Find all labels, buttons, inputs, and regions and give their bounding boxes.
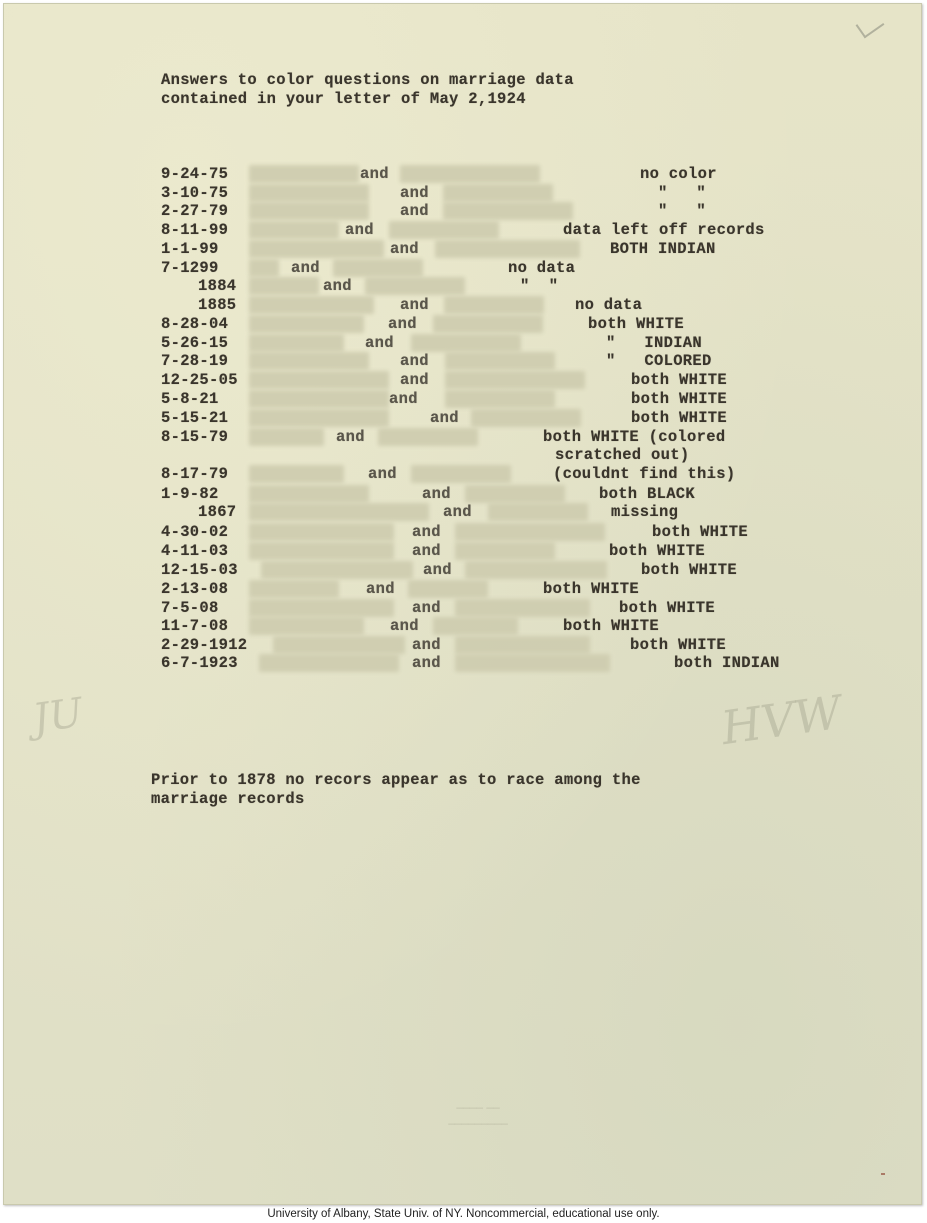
entry-conjunction: and (423, 561, 452, 579)
entry-date: 11-7-08 (161, 617, 228, 635)
entry-note: both WHITE (563, 617, 659, 635)
redacted-name-1 (249, 296, 374, 314)
entry-conjunction: and (400, 371, 429, 389)
entry-note: data left off records (563, 221, 765, 239)
closing-line-2: marriage records (151, 790, 305, 808)
redacted-name-1 (249, 503, 429, 521)
entry-date: 12-25-05 (161, 371, 238, 389)
entry-conjunction: and (389, 390, 418, 408)
redacted-name-1 (249, 542, 394, 560)
document-page: HVW JU ──── ─────────── Answers to color… (3, 3, 922, 1205)
entry-note: both WHITE (630, 636, 726, 654)
entry-date: 4-30-02 (161, 523, 228, 541)
entry-date: 7-1299 (161, 259, 219, 277)
entry-conjunction: and (323, 277, 352, 295)
redacted-name-1 (249, 428, 324, 446)
entry-date: 1867 (198, 503, 236, 521)
entry-date: 5-15-21 (161, 409, 228, 427)
entry-conjunction: and (412, 542, 441, 560)
entry-note: both WHITE (652, 523, 748, 541)
entry-date: 6-7-1923 (161, 654, 238, 672)
entry-date: 2-13-08 (161, 580, 228, 598)
redacted-name-2 (455, 654, 610, 672)
redacted-name-1 (249, 485, 369, 503)
redacted-name-1 (249, 240, 384, 258)
closing-line-1: Prior to 1878 no recors appear as to rac… (151, 771, 641, 789)
entry-conjunction: and (412, 599, 441, 617)
redacted-name-2 (435, 240, 580, 258)
redacted-name-2 (443, 202, 573, 220)
entry-date: 3-10-75 (161, 184, 228, 202)
entry-date: 12-15-03 (161, 561, 238, 579)
entry-conjunction: and (360, 165, 389, 183)
redacted-name-1 (249, 202, 369, 220)
redacted-name-1 (261, 561, 413, 579)
redacted-name-2 (411, 334, 521, 352)
entry-note: BOTH INDIAN (610, 240, 716, 258)
redacted-name-2 (445, 390, 555, 408)
redacted-name-1 (249, 390, 389, 408)
entry-date: 5-8-21 (161, 390, 219, 408)
redacted-name-2 (455, 542, 555, 560)
redacted-name-2 (465, 561, 607, 579)
entry-note: both WHITE (609, 542, 705, 560)
redacted-name-2 (471, 409, 581, 427)
entry-date: 4-11-03 (161, 542, 228, 560)
entry-note: both INDIAN (674, 654, 780, 672)
bleed-through-mark-left: JU (30, 690, 86, 742)
redacted-name-2 (455, 599, 590, 617)
entry-note: (couldnt find this) (553, 465, 735, 483)
redacted-name-2 (444, 296, 544, 314)
redacted-name-2 (400, 165, 540, 183)
entry-conjunction: and (412, 523, 441, 541)
entry-date: 5-26-15 (161, 334, 228, 352)
entry-note: no data (508, 259, 575, 277)
entry-conjunction: and (400, 202, 429, 220)
redacted-name-1 (249, 259, 279, 277)
redacted-name-1 (249, 277, 319, 295)
redacted-name-1 (249, 184, 369, 202)
heading-line-1: Answers to color questions on marriage d… (161, 71, 574, 89)
entry-date: 9-24-75 (161, 165, 228, 183)
entry-conjunction: and (422, 485, 451, 503)
entry-note: both WHITE (641, 561, 737, 579)
entry-note: both BLACK (599, 485, 695, 503)
entry-date: 1-9-82 (161, 485, 219, 503)
redacted-name-2 (433, 617, 518, 635)
redacted-name-2 (365, 277, 465, 295)
redacted-name-2 (378, 428, 478, 446)
entry-conjunction: and (390, 240, 419, 258)
entry-conjunction: and (400, 184, 429, 202)
redacted-name-2 (333, 259, 423, 277)
redacted-name-1 (249, 334, 344, 352)
redacted-name-1 (249, 465, 344, 483)
entry-conjunction: and (365, 334, 394, 352)
entry-date: 8-17-79 (161, 465, 228, 483)
entry-date: 8-28-04 (161, 315, 228, 333)
heading-line-2: contained in your letter of May 2,1924 (161, 90, 526, 108)
entry-conjunction: and (412, 636, 441, 654)
entry-conjunction: and (368, 465, 397, 483)
entry-note: both WHITE (631, 390, 727, 408)
entry-note: " " (658, 202, 706, 220)
entry-conjunction: and (291, 259, 320, 277)
entry-note: both WHITE (colored (543, 428, 725, 446)
ink-speck (881, 1173, 885, 1175)
entry-note: " " (520, 277, 558, 295)
entry-conjunction: and (366, 580, 395, 598)
entry-date: 2-29-1912 (161, 636, 247, 654)
entry-note: " " (658, 184, 706, 202)
entry-conjunction: and (412, 654, 441, 672)
redacted-name-2 (389, 221, 499, 239)
redacted-name-2 (455, 523, 605, 541)
entry-conjunction: and (443, 503, 472, 521)
entry-note: no data (575, 296, 642, 314)
entry-date: 2-27-79 (161, 202, 228, 220)
entry-note: both WHITE (543, 580, 639, 598)
entry-conjunction: and (390, 617, 419, 635)
redacted-name-2 (445, 371, 585, 389)
entry-conjunction: and (345, 221, 374, 239)
entry-date: 1-1-99 (161, 240, 219, 258)
entry-conjunction: and (400, 352, 429, 370)
bleed-through-mark: HVW (718, 685, 845, 755)
entry-note: both WHITE (631, 371, 727, 389)
redacted-name-2 (443, 184, 553, 202)
redacted-name-1 (249, 221, 339, 239)
redacted-name-2 (455, 636, 590, 654)
entry-note: " INDIAN (606, 334, 702, 352)
redacted-name-1 (249, 315, 364, 333)
redacted-name-2 (411, 465, 511, 483)
redacted-name-1 (249, 617, 364, 635)
redacted-name-1 (259, 654, 399, 672)
redacted-name-1 (273, 636, 405, 654)
entry-note-continued: scratched out) (555, 446, 689, 464)
entry-note: both WHITE (631, 409, 727, 427)
entry-date: 1884 (198, 277, 236, 295)
redacted-name-1 (249, 352, 369, 370)
checkmark-icon (856, 12, 885, 39)
redacted-name-1 (249, 165, 359, 183)
redacted-name-2 (465, 485, 565, 503)
entry-date: 7-5-08 (161, 599, 219, 617)
redacted-name-2 (408, 580, 488, 598)
entry-date: 7-28-19 (161, 352, 228, 370)
entry-conjunction: and (400, 296, 429, 314)
redacted-name-2 (445, 352, 555, 370)
entry-date: 8-15-79 (161, 428, 228, 446)
copyright-footer: University of Albany, State Univ. of NY.… (0, 1208, 927, 1220)
redacted-name-1 (249, 409, 389, 427)
faint-stamp: ──── ─────────── (398, 1101, 558, 1135)
entry-conjunction: and (388, 315, 417, 333)
redacted-name-1 (249, 371, 389, 389)
entry-note: " COLORED (606, 352, 712, 370)
redacted-name-2 (433, 315, 543, 333)
entry-note: missing (611, 503, 678, 521)
entry-conjunction: and (336, 428, 365, 446)
entry-date: 1885 (198, 296, 236, 314)
entry-note: no color (640, 165, 717, 183)
redacted-name-1 (249, 523, 394, 541)
redacted-name-2 (488, 503, 588, 521)
entry-conjunction: and (430, 409, 459, 427)
entry-note: both WHITE (619, 599, 715, 617)
redacted-name-1 (249, 599, 394, 617)
entry-note: both WHITE (588, 315, 684, 333)
entry-date: 8-11-99 (161, 221, 228, 239)
redacted-name-1 (249, 580, 339, 598)
